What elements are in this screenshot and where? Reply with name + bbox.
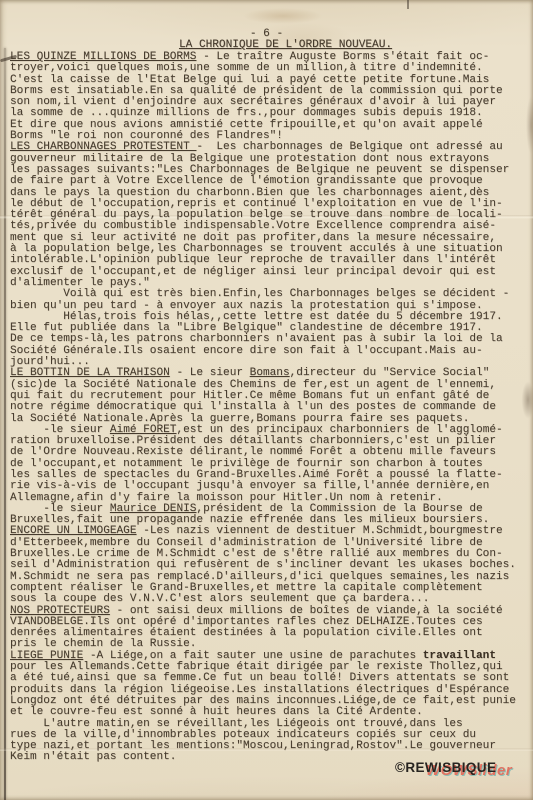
page-title-text: LA CHRONIQUE DE L'ORDRE NOUVEAU.	[179, 39, 392, 51]
document-page: - 6 - LA CHRONIQUE DE L'ORDRE NOUVEAU. L…	[0, 0, 533, 800]
page-title: LA CHRONIQUE DE L'ORDRE NOUVEAU.	[0, 40, 533, 51]
watermark-text: ©REWISBIQUE	[395, 760, 496, 775]
document-text: LES QUINZE MILLIONS DE BORMS - Le traîtr…	[10, 52, 530, 764]
watermark: WOWSlider ©REWISBIQUE	[395, 760, 530, 782]
paper-fold-line	[4, 48, 6, 800]
paper-tear-mark	[407, 0, 409, 9]
